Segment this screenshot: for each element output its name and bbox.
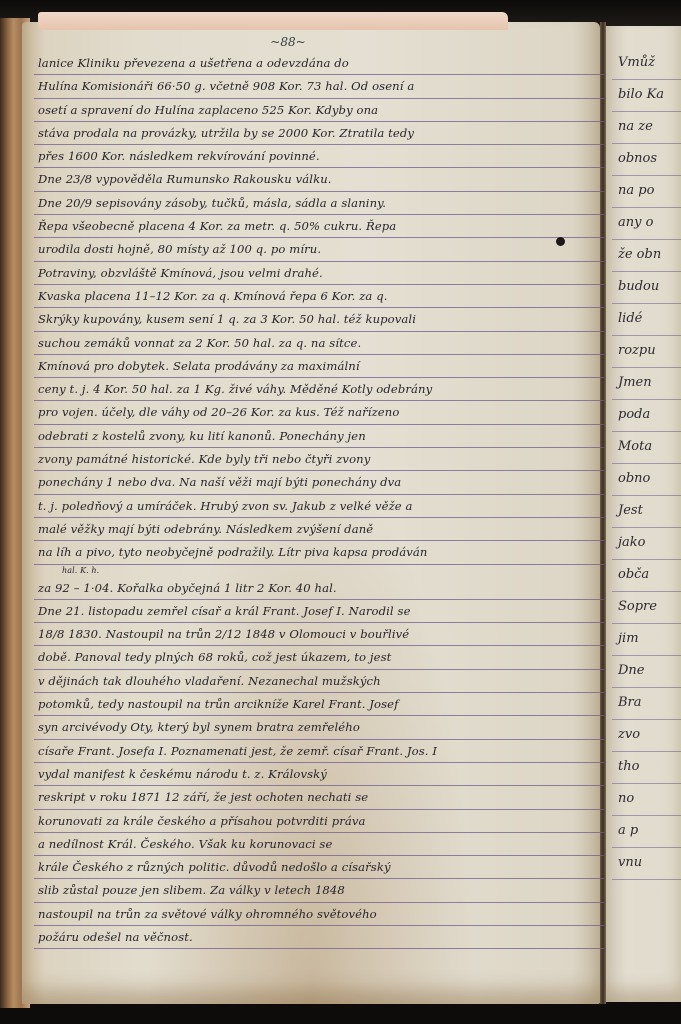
text-line: urodila dosti hojně, 80 místy až 100 q. …: [34, 238, 604, 261]
right-page-text: Vmůž bilo Ka na ze obnos na po any o že …: [612, 48, 681, 880]
text-fragment: a p: [612, 816, 681, 848]
text-fragment: obnos: [612, 144, 681, 176]
text-fragment: zvo: [612, 720, 681, 752]
text-fragment: že obn: [612, 240, 681, 272]
text-line: Hulína Komisionáři 66·50 g. včetně 908 K…: [34, 75, 604, 98]
text-line: korunovati za krále českého a přísahou p…: [34, 810, 604, 833]
text-fragment: no: [612, 784, 681, 816]
text-line: Dne 21. listopadu zemřel císař a král Fr…: [34, 600, 604, 623]
text-line: a nedílnost Král. Českého. Však ku korun…: [34, 833, 604, 856]
text-line: syn arcivévody Oty, který byl synem brat…: [34, 716, 604, 739]
text-line: osetí a spravení do Hulína zaplaceno 525…: [34, 99, 604, 122]
text-fragment: Dne: [612, 656, 681, 688]
text-line: 18/8 1830. Nastoupil na trůn 2/12 1848 v…: [34, 623, 604, 646]
text-line: ponechány 1 nebo dva. Na naší věži mají …: [34, 471, 604, 494]
text-line: za 92 – 1·04. Kořalka obyčejná 1 litr 2 …: [34, 577, 604, 600]
text-fragment: Mota: [612, 432, 681, 464]
text-line: krále Českého z různých politic. důvodů …: [34, 856, 604, 879]
text-line: Potraviny, obzvláště Kmínová, jsou velmi…: [34, 262, 604, 285]
text-line: lanice Kliniku převezena a ušetřena a od…: [34, 52, 604, 75]
text-fragment: jim: [612, 624, 681, 656]
text-fragment: Jest: [612, 496, 681, 528]
torn-page-top-edge: [38, 12, 508, 30]
text-fragment: Bra: [612, 688, 681, 720]
text-line: na líh a pivo, tyto neobyčejně podražily…: [34, 541, 604, 564]
text-line: Řepa všeobecně placena 4 Kor. za metr. q…: [34, 215, 604, 238]
text-fragment: any o: [612, 208, 681, 240]
text-line: nastoupil na trůn za světové války ohrom…: [34, 903, 604, 926]
text-line: suchou zemáků vonnat za 2 Kor. 50 hal. z…: [34, 332, 604, 355]
text-line: ceny t. j. 4 Kor. 50 hal. za 1 Kg. živé …: [34, 378, 604, 401]
text-fragment: Vmůž: [612, 48, 681, 80]
left-page-text: lanice Kliniku převezena a ušetřena a od…: [34, 52, 604, 949]
text-line: požáru odešel na věčnost.: [34, 926, 604, 949]
text-line: Dne 20/9 sepisovány zásoby, tučků, másla…: [34, 192, 604, 215]
text-fragment: na ze: [612, 112, 681, 144]
text-line: odebrati z kostelů zvony, ku lití kanonů…: [34, 425, 604, 448]
text-fragment: Jmen: [612, 368, 681, 400]
text-line: době. Panoval tedy plných 68 roků, což j…: [34, 646, 604, 669]
text-fragment: Sopre: [612, 592, 681, 624]
text-line: Kmínová pro dobytek. Selata prodávány za…: [34, 355, 604, 378]
text-fragment: rozpu: [612, 336, 681, 368]
text-fragment: bilo Ka: [612, 80, 681, 112]
ink-blot: [556, 237, 565, 246]
text-line: přes 1600 Kor. následkem rekvírování pov…: [34, 145, 604, 168]
text-fragment: tho: [612, 752, 681, 784]
text-fragment: poda: [612, 400, 681, 432]
text-line: Kvaska placena 11–12 Kor. za q. Kmínová …: [34, 285, 604, 308]
text-fragment: lidé: [612, 304, 681, 336]
page-number: ~88~: [258, 35, 318, 49]
text-line: pro vojen. účely, dle váhy od 20–26 Kor.…: [34, 401, 604, 424]
text-line: potomků, tedy nastoupil na trůn arcikníž…: [34, 693, 604, 716]
text-fragment: budou: [612, 272, 681, 304]
superscript-note: hal. K. h.: [34, 565, 604, 577]
text-line: císaře Frant. Josefa I. Poznamenati jest…: [34, 740, 604, 763]
text-line: vydal manifest k českému národu t. z. Kr…: [34, 763, 604, 786]
text-line: malé věžky mají býti odebrány. Následkem…: [34, 518, 604, 541]
text-line: Dne 23/8 vypověděla Rumunsko Rakousku vá…: [34, 168, 604, 191]
text-line: zvony památné historické. Kde byly tři n…: [34, 448, 604, 471]
text-line: slib zůstal pouze jen slibem. Za války v…: [34, 879, 604, 902]
text-fragment: vnu: [612, 848, 681, 880]
text-line: stáva prodala na provázky, utržila by se…: [34, 122, 604, 145]
text-line: reskript v roku 1871 12 září, že jest oc…: [34, 786, 604, 809]
text-fragment: na po: [612, 176, 681, 208]
text-line: Skrýky kupovány, kusem sení 1 q. za 3 Ko…: [34, 308, 604, 331]
text-fragment: jako: [612, 528, 681, 560]
text-line: t. j. poledňový a umíráček. Hrubý zvon s…: [34, 495, 604, 518]
text-fragment: obča: [612, 560, 681, 592]
text-line: v dějinách tak dlouhého vladaření. Nezan…: [34, 670, 604, 693]
text-fragment: obno: [612, 464, 681, 496]
